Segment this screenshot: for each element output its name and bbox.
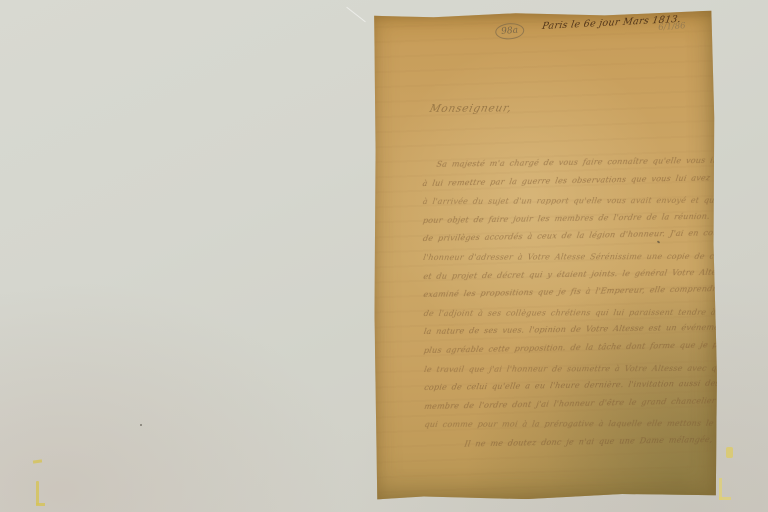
pencil-catalog-number: 6/1/86 (658, 21, 686, 33)
letter-body: Sa majesté m'a chargé de vous faire conn… (423, 158, 707, 439)
circled-archive-number: 98a (495, 22, 525, 40)
letter-salutation: Monseigneur, (428, 102, 513, 115)
yellow-registration-mark (36, 481, 39, 505)
yellow-registration-mark (719, 497, 731, 500)
manuscript-letter-sheet: 98a Paris le 6e jour Mars 1813. 6/1/86 M… (372, 11, 718, 501)
yellow-registration-mark (36, 503, 45, 506)
letter-body-line: de privilèges accordés à ceux de la légi… (421, 229, 707, 253)
yellow-registration-mark (726, 447, 733, 458)
dust-speck (140, 424, 142, 426)
